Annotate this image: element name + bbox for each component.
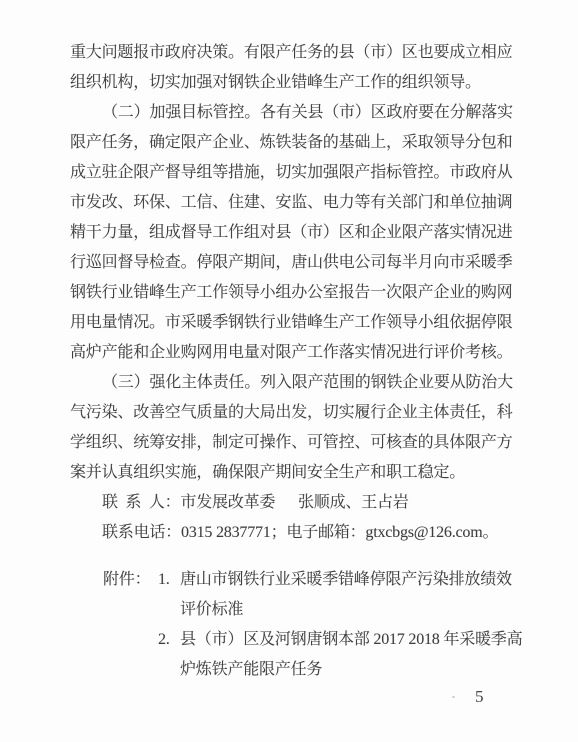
body-line: 市发改、环保、工信、住建、安监、电力等有关部门和单位抽调 bbox=[70, 188, 518, 218]
body-line: 案并认真组织实施，确保限产期间安全生产和职工稳定。 bbox=[70, 458, 518, 488]
body-line: 高炉产能和企业购网用电量对限产工作落实情况进行评价考核。 bbox=[70, 338, 518, 368]
attachment-2-title-line-1: 县（市）区及河钢唐钢本部 2017 2018 年采暖季高 bbox=[180, 625, 522, 655]
contact-phone-line: 联系电话：0315 2837771；电子邮箱：gtxcbgs@126.com。 bbox=[70, 518, 518, 548]
attachment-row: 评价标准 bbox=[103, 595, 518, 625]
scanned-document-page: 重大问题报市政府决策。有限产任务的县（市）区也要成立相应 组织机构，切实加强对钢… bbox=[0, 0, 578, 742]
attachment-row: 炉炼铁产能限产任务 bbox=[103, 655, 518, 685]
body-line: 钢铁行业错峰生产工作领导小组办公室报告一次限产企业的购网 bbox=[70, 278, 518, 308]
spacer bbox=[158, 595, 180, 625]
spacer bbox=[103, 655, 158, 685]
attachment-1-title-line-1: 唐山市钢铁行业采暖季错峰停限产污染排放绩效 bbox=[180, 565, 512, 595]
attachments-label: 附件： bbox=[103, 565, 158, 595]
attachment-row: 附件： 1. 唐山市钢铁行业采暖季错峰停限产污染排放绩效 bbox=[103, 565, 518, 595]
body-line: 气污染、改善空气质量的大局出发，切实履行企业主体责任，科 bbox=[70, 398, 518, 428]
scan-noise-speck bbox=[452, 696, 455, 698]
spacer bbox=[103, 595, 158, 625]
contact-person-line: 联 系 人：市发展改革委 张顺成、王占岩 bbox=[70, 488, 518, 518]
attachment-1-title-line-2: 评价标准 bbox=[180, 595, 243, 625]
attachment-1-number: 1. bbox=[158, 565, 180, 595]
document-body: 重大问题报市政府决策。有限产任务的县（市）区也要成立相应 组织机构，切实加强对钢… bbox=[70, 38, 518, 685]
attachments-section: 附件： 1. 唐山市钢铁行业采暖季错峰停限产污染排放绩效 评价标准 2. 县（市… bbox=[70, 565, 518, 685]
body-line-paragraph-2-heading: （二）加强目标管控。各有关县（市）区政府要在分解落实 bbox=[70, 98, 518, 128]
body-line: 组织机构，切实加强对钢铁企业错峰生产工作的组织领导。 bbox=[70, 68, 518, 98]
body-line: 学组织、统筹安排，制定可操作、可管控、可核查的具体限产方 bbox=[70, 428, 518, 458]
spacer bbox=[158, 655, 180, 685]
spacer bbox=[103, 625, 158, 655]
attachment-2-title-line-2: 炉炼铁产能限产任务 bbox=[180, 655, 322, 685]
body-line: 行巡回督导检查。停限产期间，唐山供电公司每半月向市采暖季 bbox=[70, 248, 518, 278]
body-line-paragraph-3-heading: （三）强化主体责任。列入限产范围的钢铁企业要从防治大 bbox=[70, 368, 518, 398]
body-line: 限产任务，确定限产企业、炼铁装备的基础上，采取领导分包和 bbox=[70, 128, 518, 158]
body-line: 成立驻企限产督导组等措施，切实加强限产指标管控。市政府从 bbox=[70, 158, 518, 188]
attachment-2-number: 2. bbox=[158, 625, 180, 655]
attachment-row: 2. 县（市）区及河钢唐钢本部 2017 2018 年采暖季高 bbox=[103, 625, 518, 655]
body-line: 用电量情况。市采暖季钢铁行业错峰生产工作领导小组依据停限 bbox=[70, 308, 518, 338]
body-line: 精干力量，组成督导工作组对县（市）区和企业限产落实情况进 bbox=[70, 218, 518, 248]
page-number: 5 bbox=[475, 684, 484, 710]
body-line: 重大问题报市政府决策。有限产任务的县（市）区也要成立相应 bbox=[70, 38, 518, 68]
